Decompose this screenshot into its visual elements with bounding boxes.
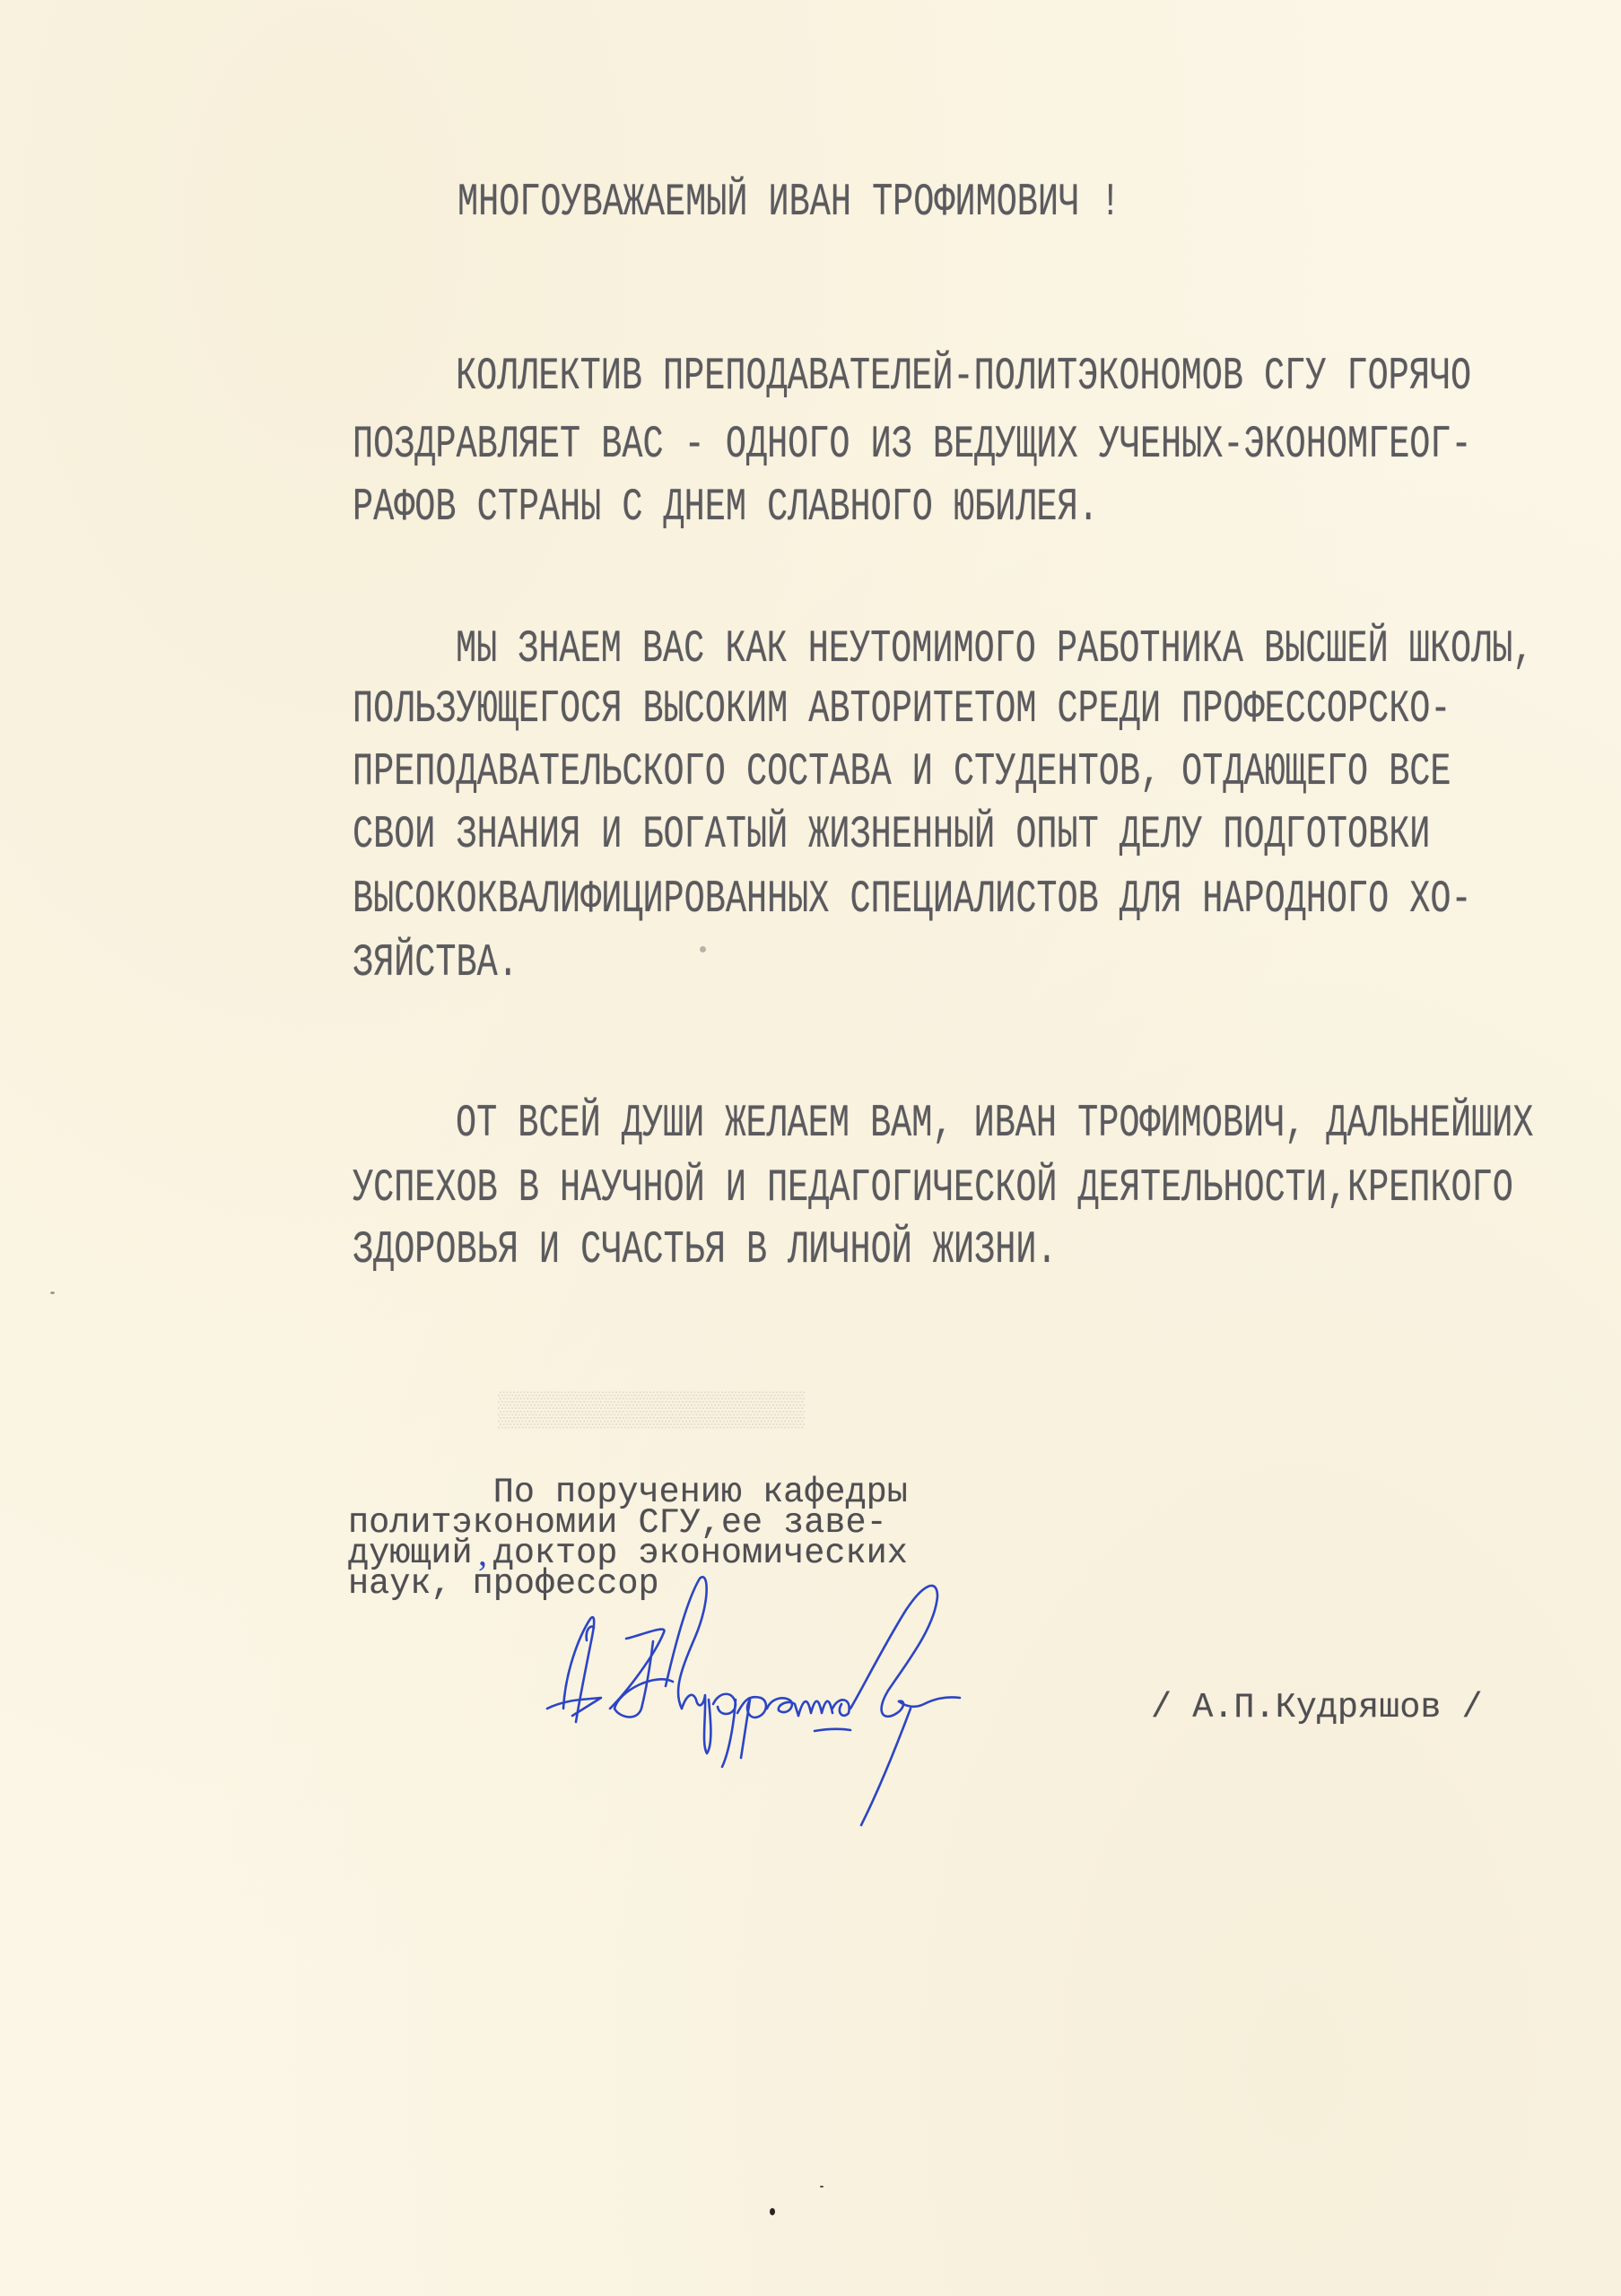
paragraph-line: ОТ ВСЕЙ ДУШИ ЖЕЛАЕМ ВАМ, ИВАН ТРОФИМОВИЧ… <box>456 1101 1533 1147</box>
paragraph-line: УСПЕХОВ В НАУЧНОЙ И ПЕДАГОГИЧЕСКОЙ ДЕЯТЕ… <box>353 1166 1513 1212</box>
paragraph-line: ВЫСОКОКВАЛИФИЦИРОВАННЫХ СПЕЦИАЛИСТОВ ДЛЯ… <box>353 877 1472 923</box>
paper-speck <box>700 946 706 952</box>
paper-speck <box>50 1291 55 1294</box>
paragraph-line: ПОЗДРАВЛЯЕТ ВАС - ОДНОГО ИЗ ВЕДУЩИХ УЧЕН… <box>353 422 1472 468</box>
paragraph-line: ПОЛЬЗУЮЩЕГОСЯ ВЫСОКИМ АВТОРИТЕТОМ СРЕДИ … <box>353 687 1451 733</box>
paragraph-line: СВОИ ЗНАНИЯ И БОГАТЫЙ ЖИЗНЕННЫЙ ОПЫТ ДЕЛ… <box>353 813 1430 858</box>
paper-speck <box>770 2208 775 2215</box>
paragraph-line: ЗДОРОВЬЯ И СЧАСТЬЯ В ЛИЧНОЙ ЖИЗНИ. <box>353 1228 1058 1274</box>
paragraph-line: МЫ ЗНАЕМ ВАС КАК НЕУТОМИМОГО РАБОТНИКА В… <box>456 627 1533 673</box>
paragraph-line: ПРЕПОДАВАТЕЛЬСКОГО СОСТАВА И СТУДЕНТОВ, … <box>353 750 1451 796</box>
paragraph-line: КОЛЛЕКТИВ ПРЕПОДАВАТЕЛЕЙ-ПОЛИТЭКОНОМОВ С… <box>456 354 1471 400</box>
paper-speck <box>820 2186 824 2187</box>
signature-icon <box>529 1565 1032 1834</box>
salutation: МНОГОУВАЖАЕМЫЙ ИВАН ТРОФИМОВИЧ ! <box>458 180 1120 226</box>
paragraph-line: ЗЯЙСТВА. <box>353 941 519 987</box>
faded-typewriter-impression: ▒▒▒▒▒▒▒▒▒▒▒▒▒▒▒ <box>498 1395 805 1429</box>
letter-page: МНОГОУВАЖАЕМЫЙ ИВАН ТРОФИМОВИЧ ! КОЛЛЕКТ… <box>0 0 1621 2296</box>
handwritten-comma: , <box>478 1535 487 1571</box>
typed-signatory-name: / А.П.Кудряшов / <box>1151 1691 1483 1726</box>
paragraph-line: РАФОВ СТРАНЫ С ДНЕМ СЛАВНОГО ЮБИЛЕЯ. <box>353 485 1099 531</box>
